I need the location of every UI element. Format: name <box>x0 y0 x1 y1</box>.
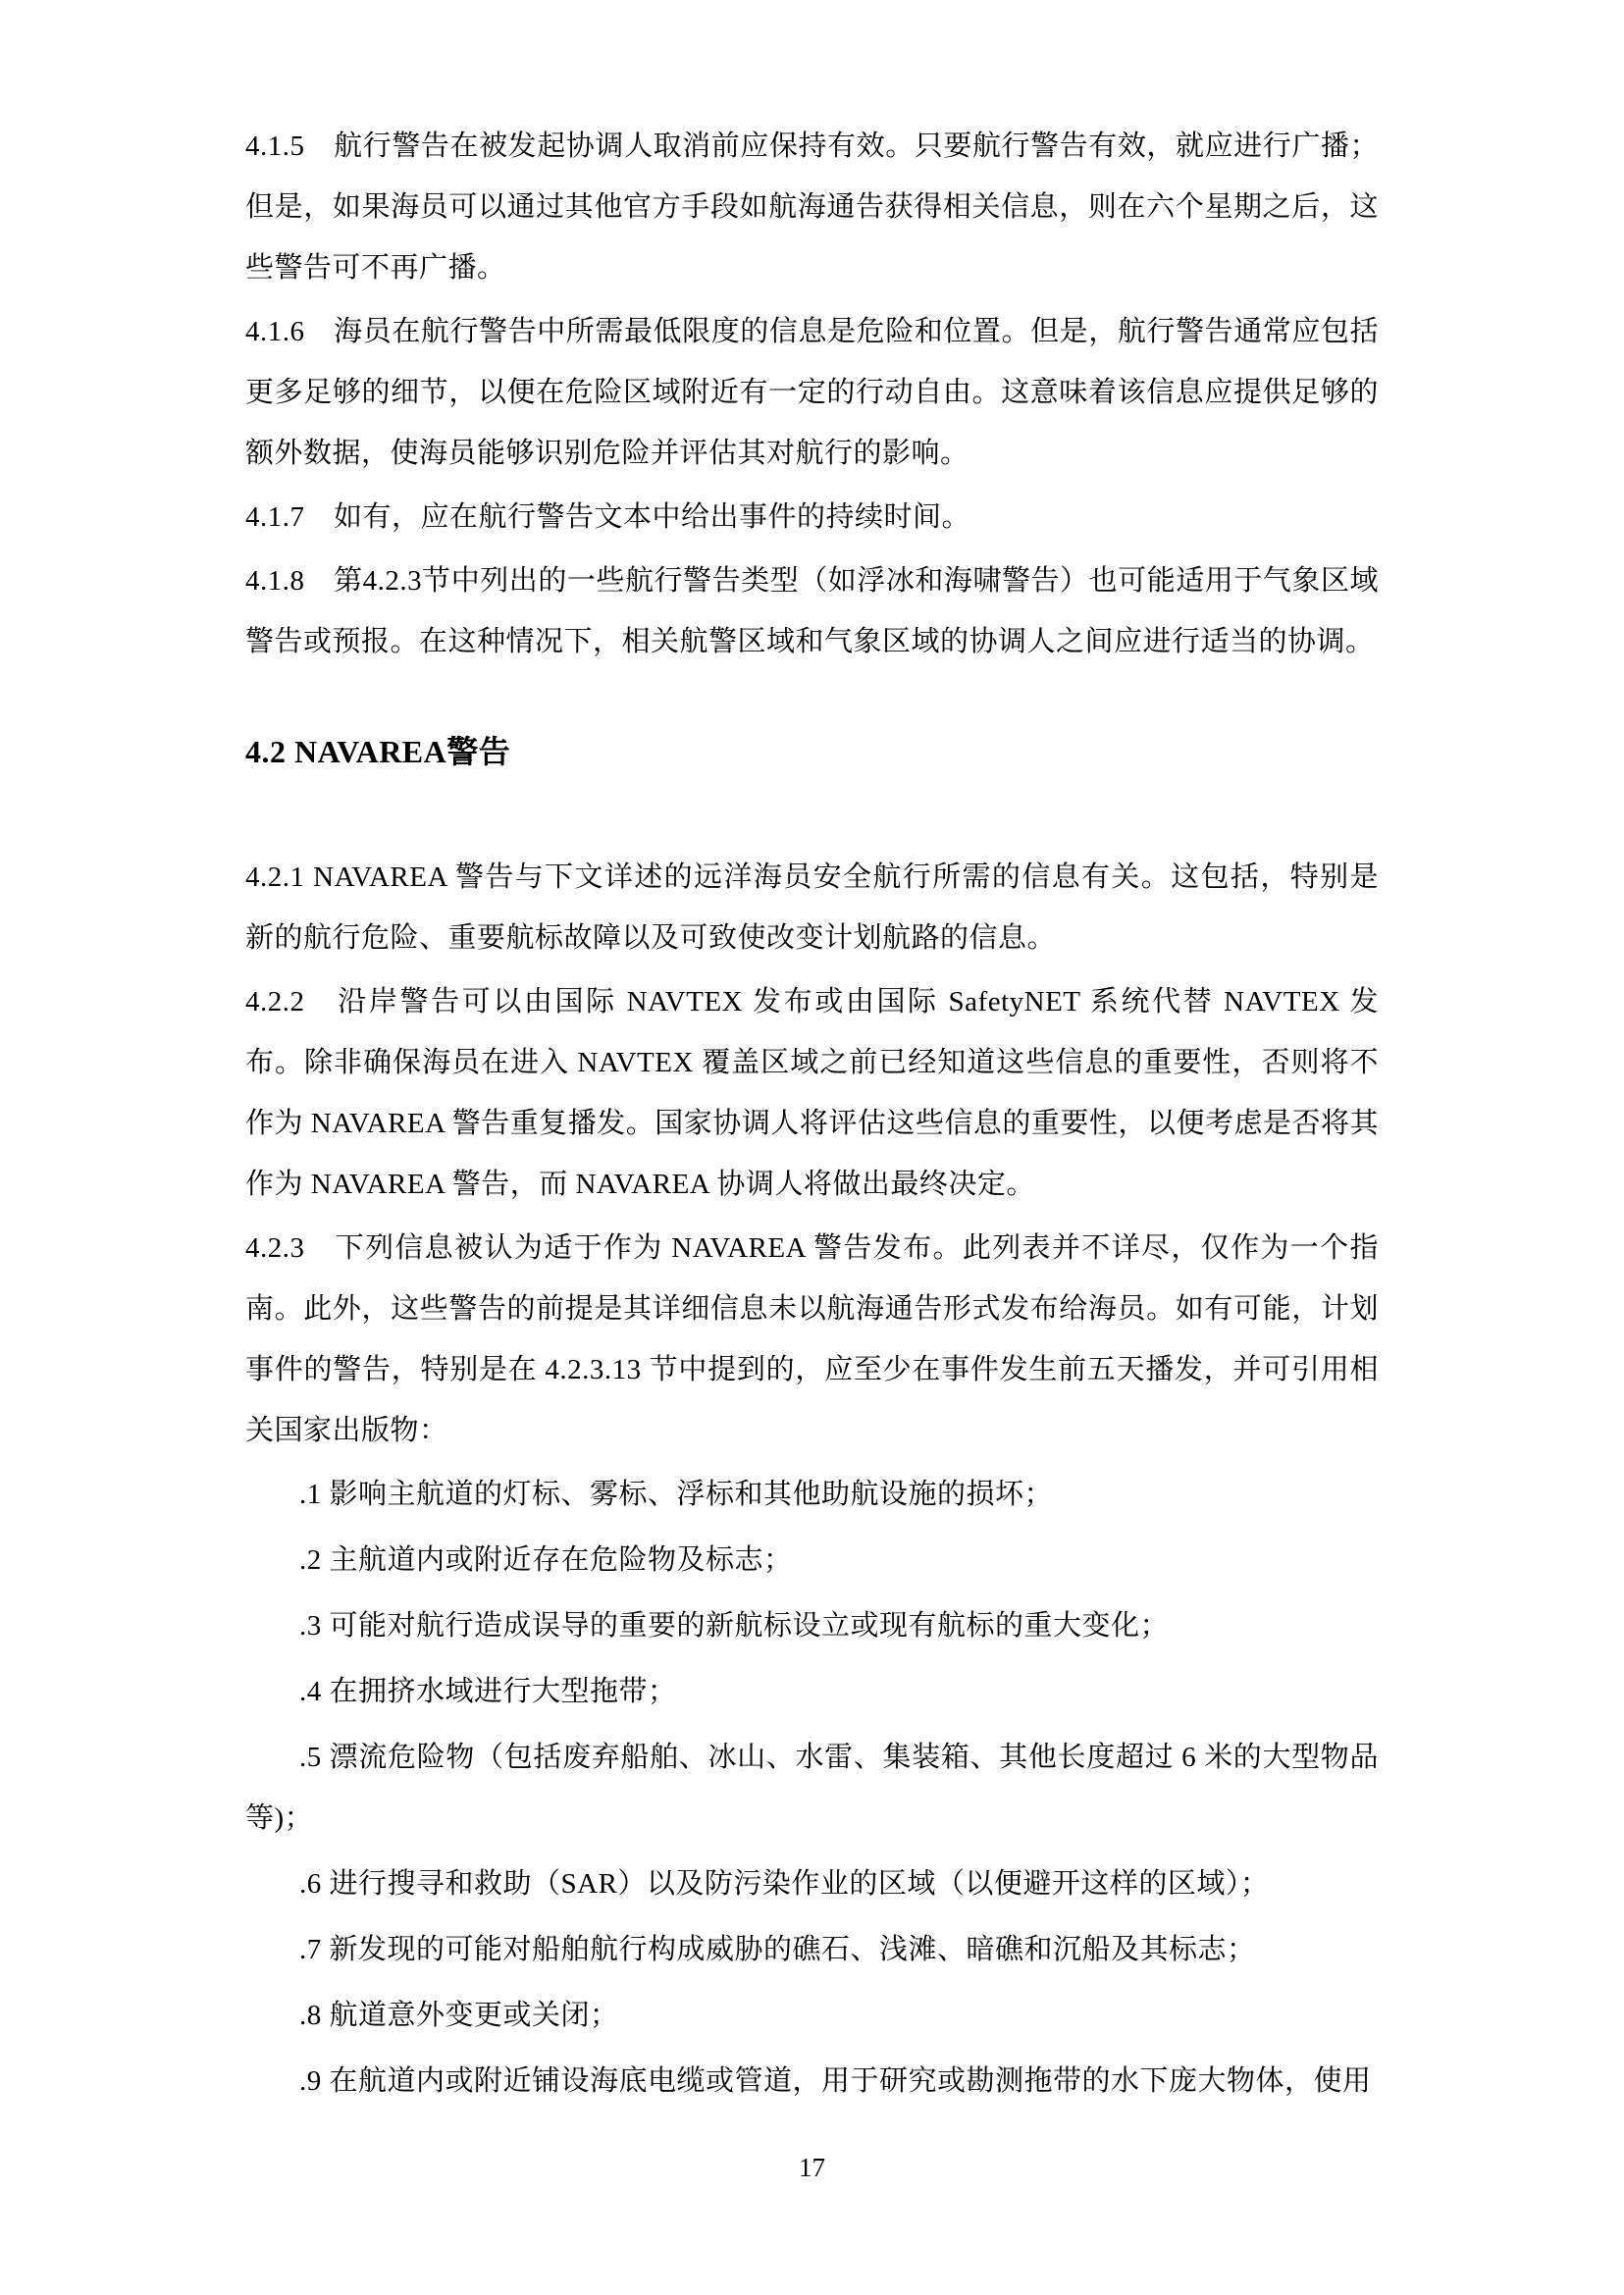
navarea-list-item-9: .9 在航道内或附近铺设海底电缆或管道，用于研究或勘测拖带的水下庞大物体，使用 <box>245 2051 1379 2112</box>
paragraph-4-2-3: 4.2.3 下列信息被认为适于作为 NAVAREA 警告发布。此列表并不详尽，仅… <box>245 1218 1379 1461</box>
paragraph-4-1-8: 4.1.8 第4.2.3节中列出的一些航行警告类型（如浮冰和海啸警告）也可能适用… <box>245 550 1379 672</box>
navarea-list-item-6: .6 进行搜寻和救助（SAR）以及防污染作业的区域（以便避开这样的区域）； <box>245 1853 1379 1914</box>
page-footer: 17 <box>0 2152 1624 2183</box>
navarea-list-item-1: .1 影响主航道的灯标、雾标、浮标和其他助航设施的损坏； <box>245 1464 1379 1525</box>
page-content: 4.1.5 航行警告在被发起协调人取消前应保持有效。只要航行警告有效，就应进行广… <box>245 116 1379 2116</box>
paragraph-4-2-1: 4.2.1 NAVAREA 警告与下文详述的远洋海员安全航行所需的信息有关。这包… <box>245 847 1379 968</box>
navarea-list-item-4: .4 在拥挤水域进行大型拖带； <box>245 1661 1379 1722</box>
paragraph-4-1-6: 4.1.6 海员在航行警告中所需最低限度的信息是危险和位置。但是，航行警告通常应… <box>245 301 1379 484</box>
navarea-list-item-3: .3 可能对航行造成误导的重要的新航标设立或现有航标的重大变化； <box>245 1595 1379 1656</box>
paragraph-4-1-5: 4.1.5 航行警告在被发起协调人取消前应保持有效。只要航行警告有效，就应进行广… <box>245 116 1379 298</box>
paragraph-4-1-7: 4.1.7 如有，应在航行警告文本中给出事件的持续时间。 <box>245 487 1379 548</box>
navarea-list-item-2: .2 主航道内或附近存在危险物及标志； <box>245 1530 1379 1591</box>
document-page: 4.1.5 航行警告在被发起协调人取消前应保持有效。只要航行警告有效，就应进行广… <box>0 0 1624 2295</box>
navarea-list-item-7: .7 新发现的可能对船舶航行构成威胁的礁石、浅滩、暗礁和沉船及其标志； <box>245 1919 1379 1980</box>
section-heading-4-2: 4.2 NAVAREA警告 <box>245 721 1379 782</box>
navarea-list-item-5: .5 漂流危险物（包括废弃船舶、冰山、水雷、集装箱、其他长度超过 6 米的大型物… <box>245 1727 1379 1849</box>
navarea-list-item-8: .8 航道意外变更或关闭； <box>245 1985 1379 2046</box>
paragraph-4-2-2: 4.2.2 沿岸警告可以由国际 NAVTEX 发布或由国际 SafetyNET … <box>245 971 1379 1215</box>
page-number: 17 <box>799 2153 825 2182</box>
